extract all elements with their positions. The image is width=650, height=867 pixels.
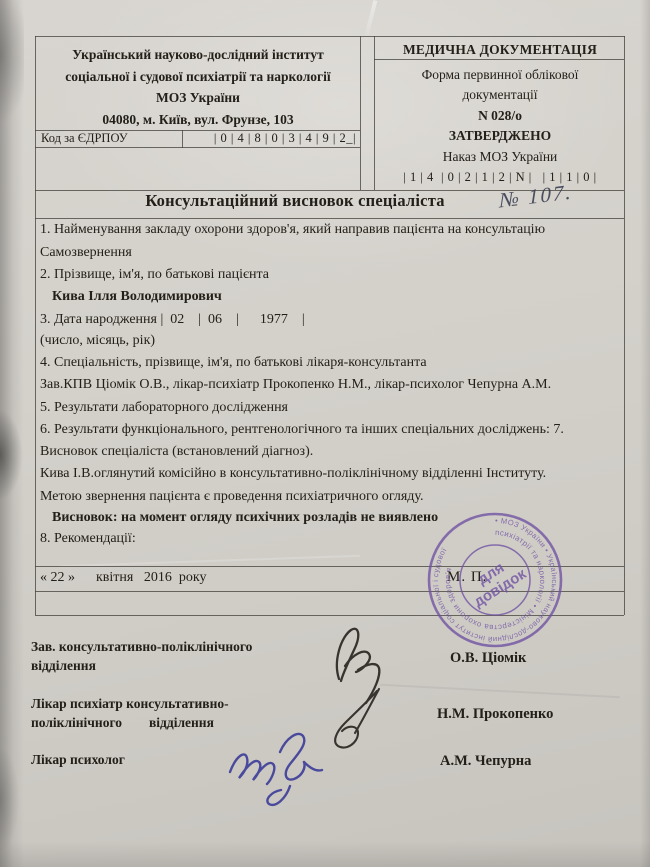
signature-label-1: Зав. консультативно-поліклінічного відді… [31,637,331,675]
signature-label-1-line1: Зав. консультативно-поліклінічного [31,637,331,656]
doc-box-title: МЕДИЧНА ДОКУМЕНТАЦІЯ [376,40,624,62]
border-line [35,218,624,219]
body-line: Кива І.В.оглянутий комісійно в консульта… [40,465,618,483]
signature-label-2-line1: Лікар психіатр консультативно- [31,694,331,713]
round-stamp: • МОЗ України • Український науково-досл… [420,505,570,655]
border-line [35,147,360,148]
document-photo: Український науково-дослідний інститут с… [0,0,650,867]
date-line: « 22 » квітня 2016 року [40,570,206,586]
doc-classification-box: МЕДИЧНА ДОКУМЕНТАЦІЯ Форма первинної обл… [376,40,624,188]
signature-name-1: О.В. Ціомік [450,650,526,667]
body-line: Висновок спеціаліста (встановлений діагн… [40,443,618,461]
stamp-center-text: для довідок [462,551,530,611]
body-line-birthdate: 3. Дата народження | 02 | 06 | 1977 | [40,311,618,329]
signature-label-1-line2: відділення [31,656,331,675]
signature-name-2: Н.М. Прокопенко [437,706,553,723]
border-line [182,130,183,148]
signature-name-3: А.М. Чепурна [440,753,531,770]
doc-box-form-line2: документації [376,85,624,106]
body-line: 5. Результати лабораторного дослідження [40,399,618,417]
body-line: 2. Прізвище, ім'я, по батькові пацієнта [40,266,618,284]
body-line: (число, місяць, рік) [40,332,618,350]
institution-line: Український науково-дослідний інститут [36,44,360,66]
signature-scribble-chepurna [224,724,336,816]
body-line: 1. Найменування закладу охорони здоров'я… [40,221,618,239]
border-line [360,36,361,190]
institution-line: соціальної і судової психіатрії та нарко… [36,66,360,88]
paper-edge-shadow-right [640,0,650,867]
border-line [624,36,625,615]
paper-edge-shadow-left [0,0,24,867]
form-title: Консультаційний висновок спеціаліста [35,191,555,211]
signature-scribble-prokopenko [327,686,389,756]
body-line: Самозвернення [40,244,618,262]
doc-box-approved: ЗАТВЕРДЖЕНО [376,126,624,147]
border-line [35,36,625,37]
paper-edge-shadow-bottom [0,841,650,867]
paper-crease [380,684,620,699]
doc-box-order: Наказ МОЗ України [376,147,624,168]
edrpou-label: Код за ЄДРПОУ [41,131,128,146]
doc-box-order-code: | 1 | 4 | 0 | 2 | 1 | 2 | N | | 1 | 1 | … [376,167,624,188]
edrpou-code: | 0 | 4 | 8 | 0 | 3 | 4 | 9 | 2_| [200,131,356,146]
body-line: Метою звернення пацієнта є проведення пс… [40,488,618,506]
paper-crease [363,0,378,44]
institution-line: МОЗ України [36,87,360,109]
body-line: 4. Спеціальність, прізвище, ім'я, по бат… [40,354,618,372]
body-line-consultants: Зав.КПВ Ціомік О.В., лікар-психіатр Прок… [40,376,618,394]
body-line-patient-name: Кива Ілля Володимирович [52,288,630,306]
institution-line: 04080, м. Київ, вул. Фрунзе, 103 [36,109,360,131]
body-line: 6. Результати функціонального, рентгенол… [40,421,618,439]
institution-block: Український науково-дослідний інститут с… [36,44,360,130]
doc-box-form-line1: Форма первинної облікової [376,65,624,86]
doc-box-form-no: N 028/о [376,106,624,127]
